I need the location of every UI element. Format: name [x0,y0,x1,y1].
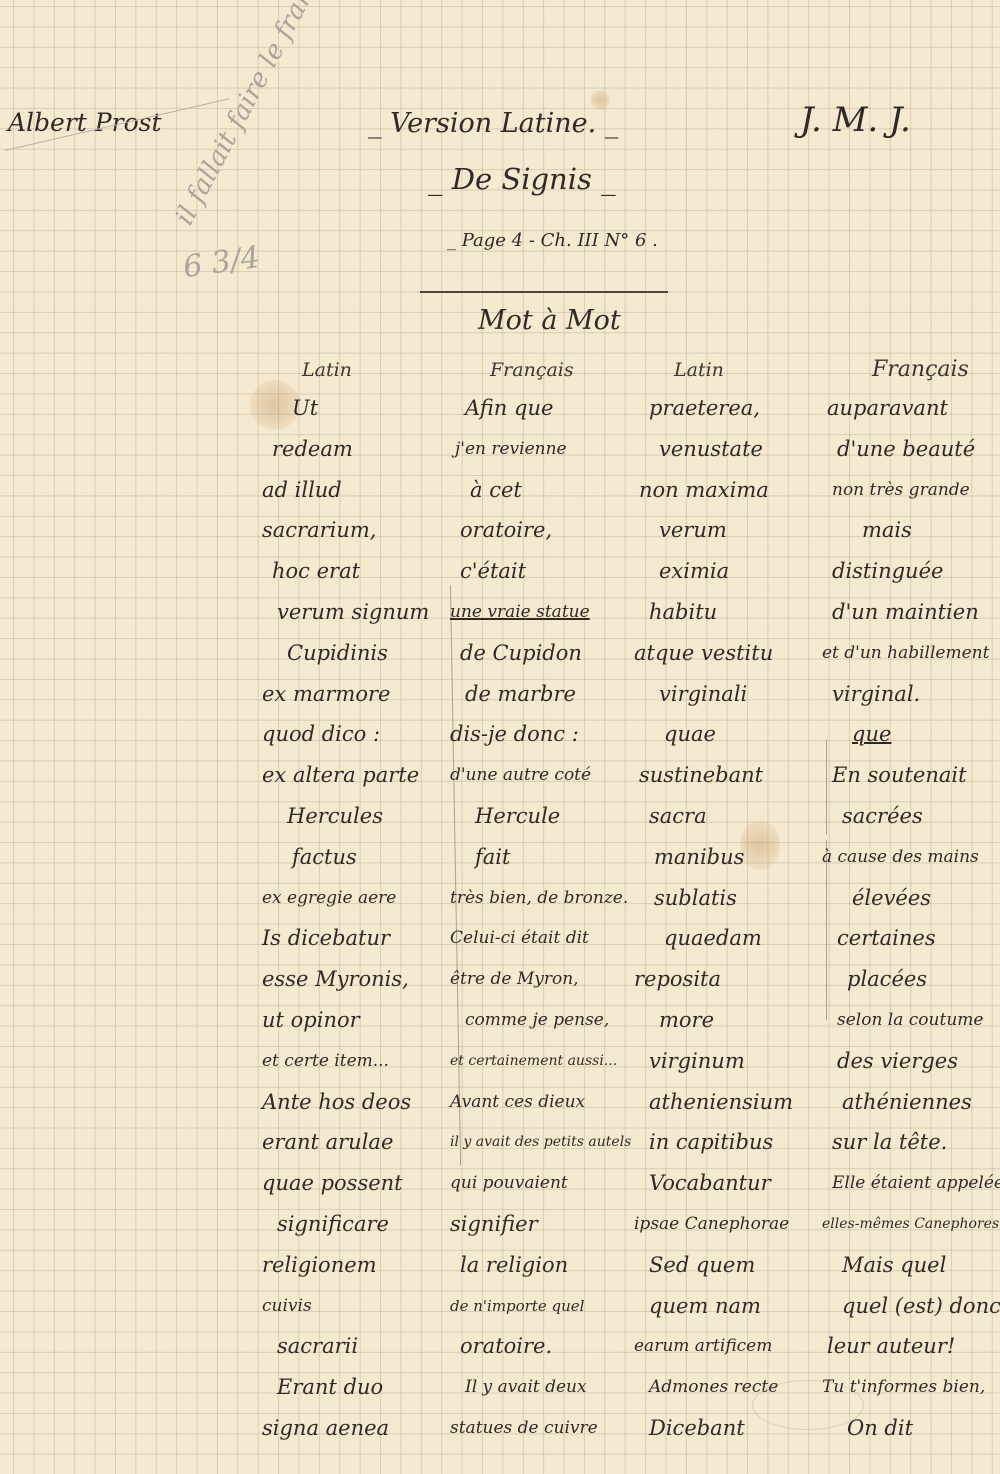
table-cell: atque vestitu [634,633,824,674]
table-cell: ad illud [262,470,452,511]
table-cell: virginal. [822,674,1000,715]
table-cell: Hercule [450,796,640,837]
table-cell: selon la coutume [822,1000,1000,1041]
table-cell: verum [634,510,824,551]
table-cell: sur la tête. [822,1122,1000,1163]
table-cell: oratoire, [450,510,640,551]
table-cell: sacrarium, [262,510,452,551]
table-cell: religionem [262,1245,452,1286]
table-cell: et d'un habillement [822,633,1000,674]
table-cell: habitu [634,592,824,633]
table-cell: non très grande [822,470,1000,511]
table-cell: Vocabantur [634,1163,824,1204]
table-cell: ex marmore [262,674,452,715]
table-cell: que [822,714,1000,755]
table-cell: d'une beauté [822,429,1000,470]
table-cell: sacrées [822,796,1000,837]
table-cell: Mais quel [822,1245,1000,1286]
table-cell: de Cupidon [450,633,640,674]
table-cell: ex altera parte [262,755,452,796]
table-cell: signa aenea [262,1408,452,1449]
table-cell: comme je pense, [450,1000,640,1041]
table-cell: Is dicebatur [262,918,452,959]
table-cell: c'était [450,551,640,592]
jmj-invocation: J. M. J. [800,100,911,140]
table-cell: ut opinor [262,1000,452,1041]
table-cell: redeam [262,429,452,470]
table-cell: des vierges [822,1041,1000,1082]
table-cell: athéniennes [822,1082,1000,1123]
table-cell: elles-mêmes Canephores [822,1204,1000,1245]
table-cell: Sed quem [634,1245,824,1286]
table-cell: certaines [822,918,1000,959]
table-cell: esse Myronis, [262,959,452,1000]
table-cell: quod dico : [262,714,452,755]
table-cell: et certe item... [262,1041,452,1082]
document-title: _ Version Latine. _ [368,108,618,139]
table-cell: cuivis [262,1286,452,1327]
table-cell: statues de cuivre [450,1408,640,1449]
table-cell: à cause des mains [822,837,1000,878]
table-cell: la religion [450,1245,640,1286]
table-cell: significare [262,1204,452,1245]
table-cell: leur auteur! [822,1326,1000,1367]
table-cell: il y avait des petits autels [450,1122,640,1163]
table-cell: En soutenait [822,755,1000,796]
table-cell: Avant ces dieux [450,1082,640,1123]
table-cell: Ante hos deos [262,1082,452,1123]
table-cell: Erant duo [262,1367,452,1408]
table-cell: de marbre [450,674,640,715]
page-reference: _ Page 4 - Ch. III N° 6 . [447,230,658,251]
table-cell: fait [450,837,640,878]
table-cell: verum signum [262,592,452,633]
column-header: Latin [634,352,824,388]
table-cell: oratoire. [450,1326,640,1367]
column-header: Français [822,352,1000,388]
column-latin-2: Latin praeterea, venustate non maxima ve… [634,352,824,1449]
column-latin-1: Latin Ut redeam ad illud sacrarium, hoc … [262,352,452,1449]
table-cell: être de Myron, [450,959,640,1000]
table-cell: earum artificem [634,1326,824,1367]
table-cell: de n'importe quel [450,1286,640,1327]
table-cell: non maxima [634,470,824,511]
column-francais-1: Français Afin que j'en revienne à cet or… [450,352,640,1449]
table-cell: d'un maintien [822,592,1000,633]
grade-annotation: 6 3/4 [181,240,262,285]
table-cell: j'en revienne [450,429,640,470]
table-cell: Afin que [450,388,640,429]
author-name: Albert Prost [8,108,162,137]
table-cell: erant arulae [262,1122,452,1163]
table-cell: signifier [450,1204,640,1245]
table-cell: Elle étaient appelées [822,1163,1000,1204]
table-cell: Cupidinis [262,633,452,674]
table-cell: virginum [634,1041,824,1082]
table-cell: hoc erat [262,551,452,592]
table-cell: quel (est) donc [822,1286,1000,1327]
faded-stamp [752,1380,864,1430]
table-cell: et certainement aussi... [450,1041,640,1082]
table-cell: à cet [450,470,640,511]
section-title: Mot à Mot [478,305,621,336]
table-cell: une vraie statue [450,592,640,633]
header-divider [420,291,668,293]
table-cell: atheniensium [634,1082,824,1123]
table-cell: élevées [822,878,1000,919]
table-cell: factus [262,837,452,878]
table-cell: quae [634,714,824,755]
table-cell: sacrarii [262,1326,452,1367]
document-subtitle: _ De Signis _ [428,162,616,196]
table-cell: Hercules [262,796,452,837]
table-cell: quaedam [634,918,824,959]
table-cell: dis-je donc : [450,714,640,755]
table-cell: manibus [634,837,824,878]
table-cell: placées [822,959,1000,1000]
table-cell: mais [822,510,1000,551]
table-cell: très bien, de bronze. [450,878,640,919]
table-cell: venustate [634,429,824,470]
column-header: Français [450,352,640,388]
table-cell: praeterea, [634,388,824,429]
table-cell: Ut [262,388,452,429]
table-cell: distinguée [822,551,1000,592]
table-cell: in capitibus [634,1122,824,1163]
table-cell: auparavant [822,388,1000,429]
table-cell: sublatis [634,878,824,919]
table-cell: d'une autre coté [450,755,640,796]
table-cell: Il y avait deux [450,1367,640,1408]
paper-stain [590,90,610,110]
table-cell: qui pouvaient [450,1163,640,1204]
table-cell: sacra [634,796,824,837]
table-cell: more [634,1000,824,1041]
table-cell: Celui-ci était dit [450,918,640,959]
table-cell: sustinebant [634,755,824,796]
column-header: Latin [262,352,452,388]
table-cell: quae possent [262,1163,452,1204]
table-cell: ex egregie aere [262,878,452,919]
table-cell: quem nam [634,1286,824,1327]
column-francais-2: Français auparavant d'une beauté non trè… [822,352,1000,1449]
table-cell: virginali [634,674,824,715]
table-cell: reposita [634,959,824,1000]
table-cell: ipsae Canephorae [634,1204,824,1245]
pencil-annotation: il fallait faire le français [170,0,345,230]
table-cell: eximia [634,551,824,592]
